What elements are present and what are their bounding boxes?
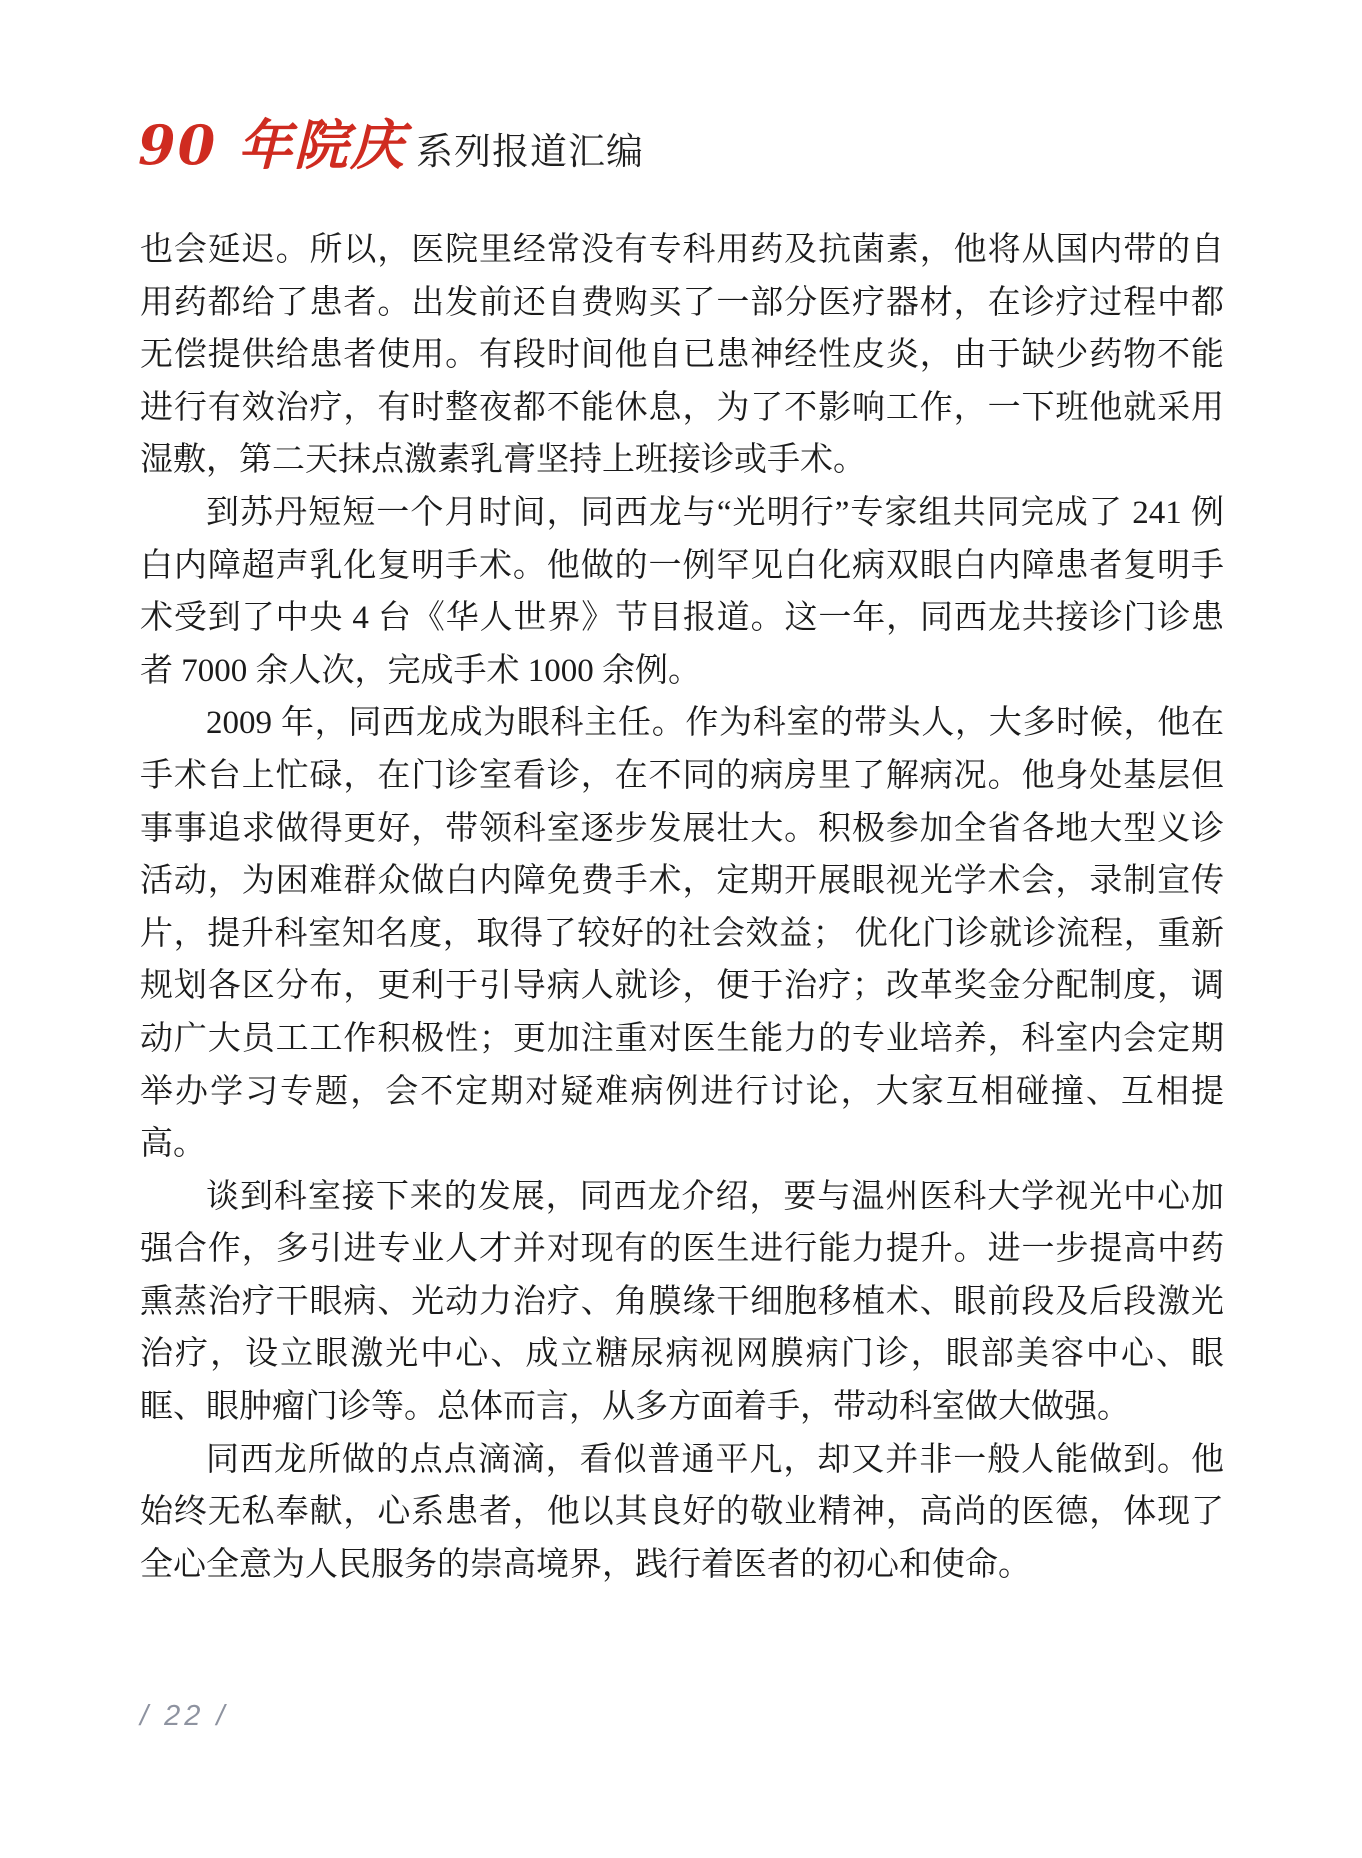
body-paragraph: 也会延迟。所以，医院里经常没有专科用药及抗菌素，他将从国内带的自用药都给了患者。… bbox=[140, 224, 1224, 487]
body-paragraph: 同西龙所做的点点滴滴，看似普通平凡，却又并非一般人能做到。他始终无私奉献，心系患… bbox=[140, 1434, 1224, 1592]
document-page: 90 年院庆 系列报道汇编 也会延迟。所以，医院里经常没有专科用药及抗菌素，他将… bbox=[0, 0, 1362, 1858]
body-paragraph: 谈到科室接下来的发展，同西龙介绍，要与温州医科大学视光中心加强合作，多引进专业人… bbox=[140, 1171, 1224, 1434]
anniversary-title-red: 90 年院庆 bbox=[138, 118, 406, 172]
page-number: / 22 / bbox=[140, 1700, 229, 1733]
article-body: 也会延迟。所以，医院里经常没有专科用药及抗菌素，他将从国内带的自用药都给了患者。… bbox=[140, 224, 1224, 1591]
series-title-black: 系列报道汇编 bbox=[416, 133, 644, 170]
body-paragraph: 2009 年，同西龙成为眼科主任。作为科室的带头人，大多时候，他在手术台上忙碌，… bbox=[140, 697, 1224, 1170]
page-header: 90 年院庆 系列报道汇编 bbox=[138, 118, 644, 172]
body-paragraph: 到苏丹短短一个月时间，同西龙与“光明行”专家组共同完成了 241 例白内障超声乳… bbox=[140, 487, 1224, 697]
